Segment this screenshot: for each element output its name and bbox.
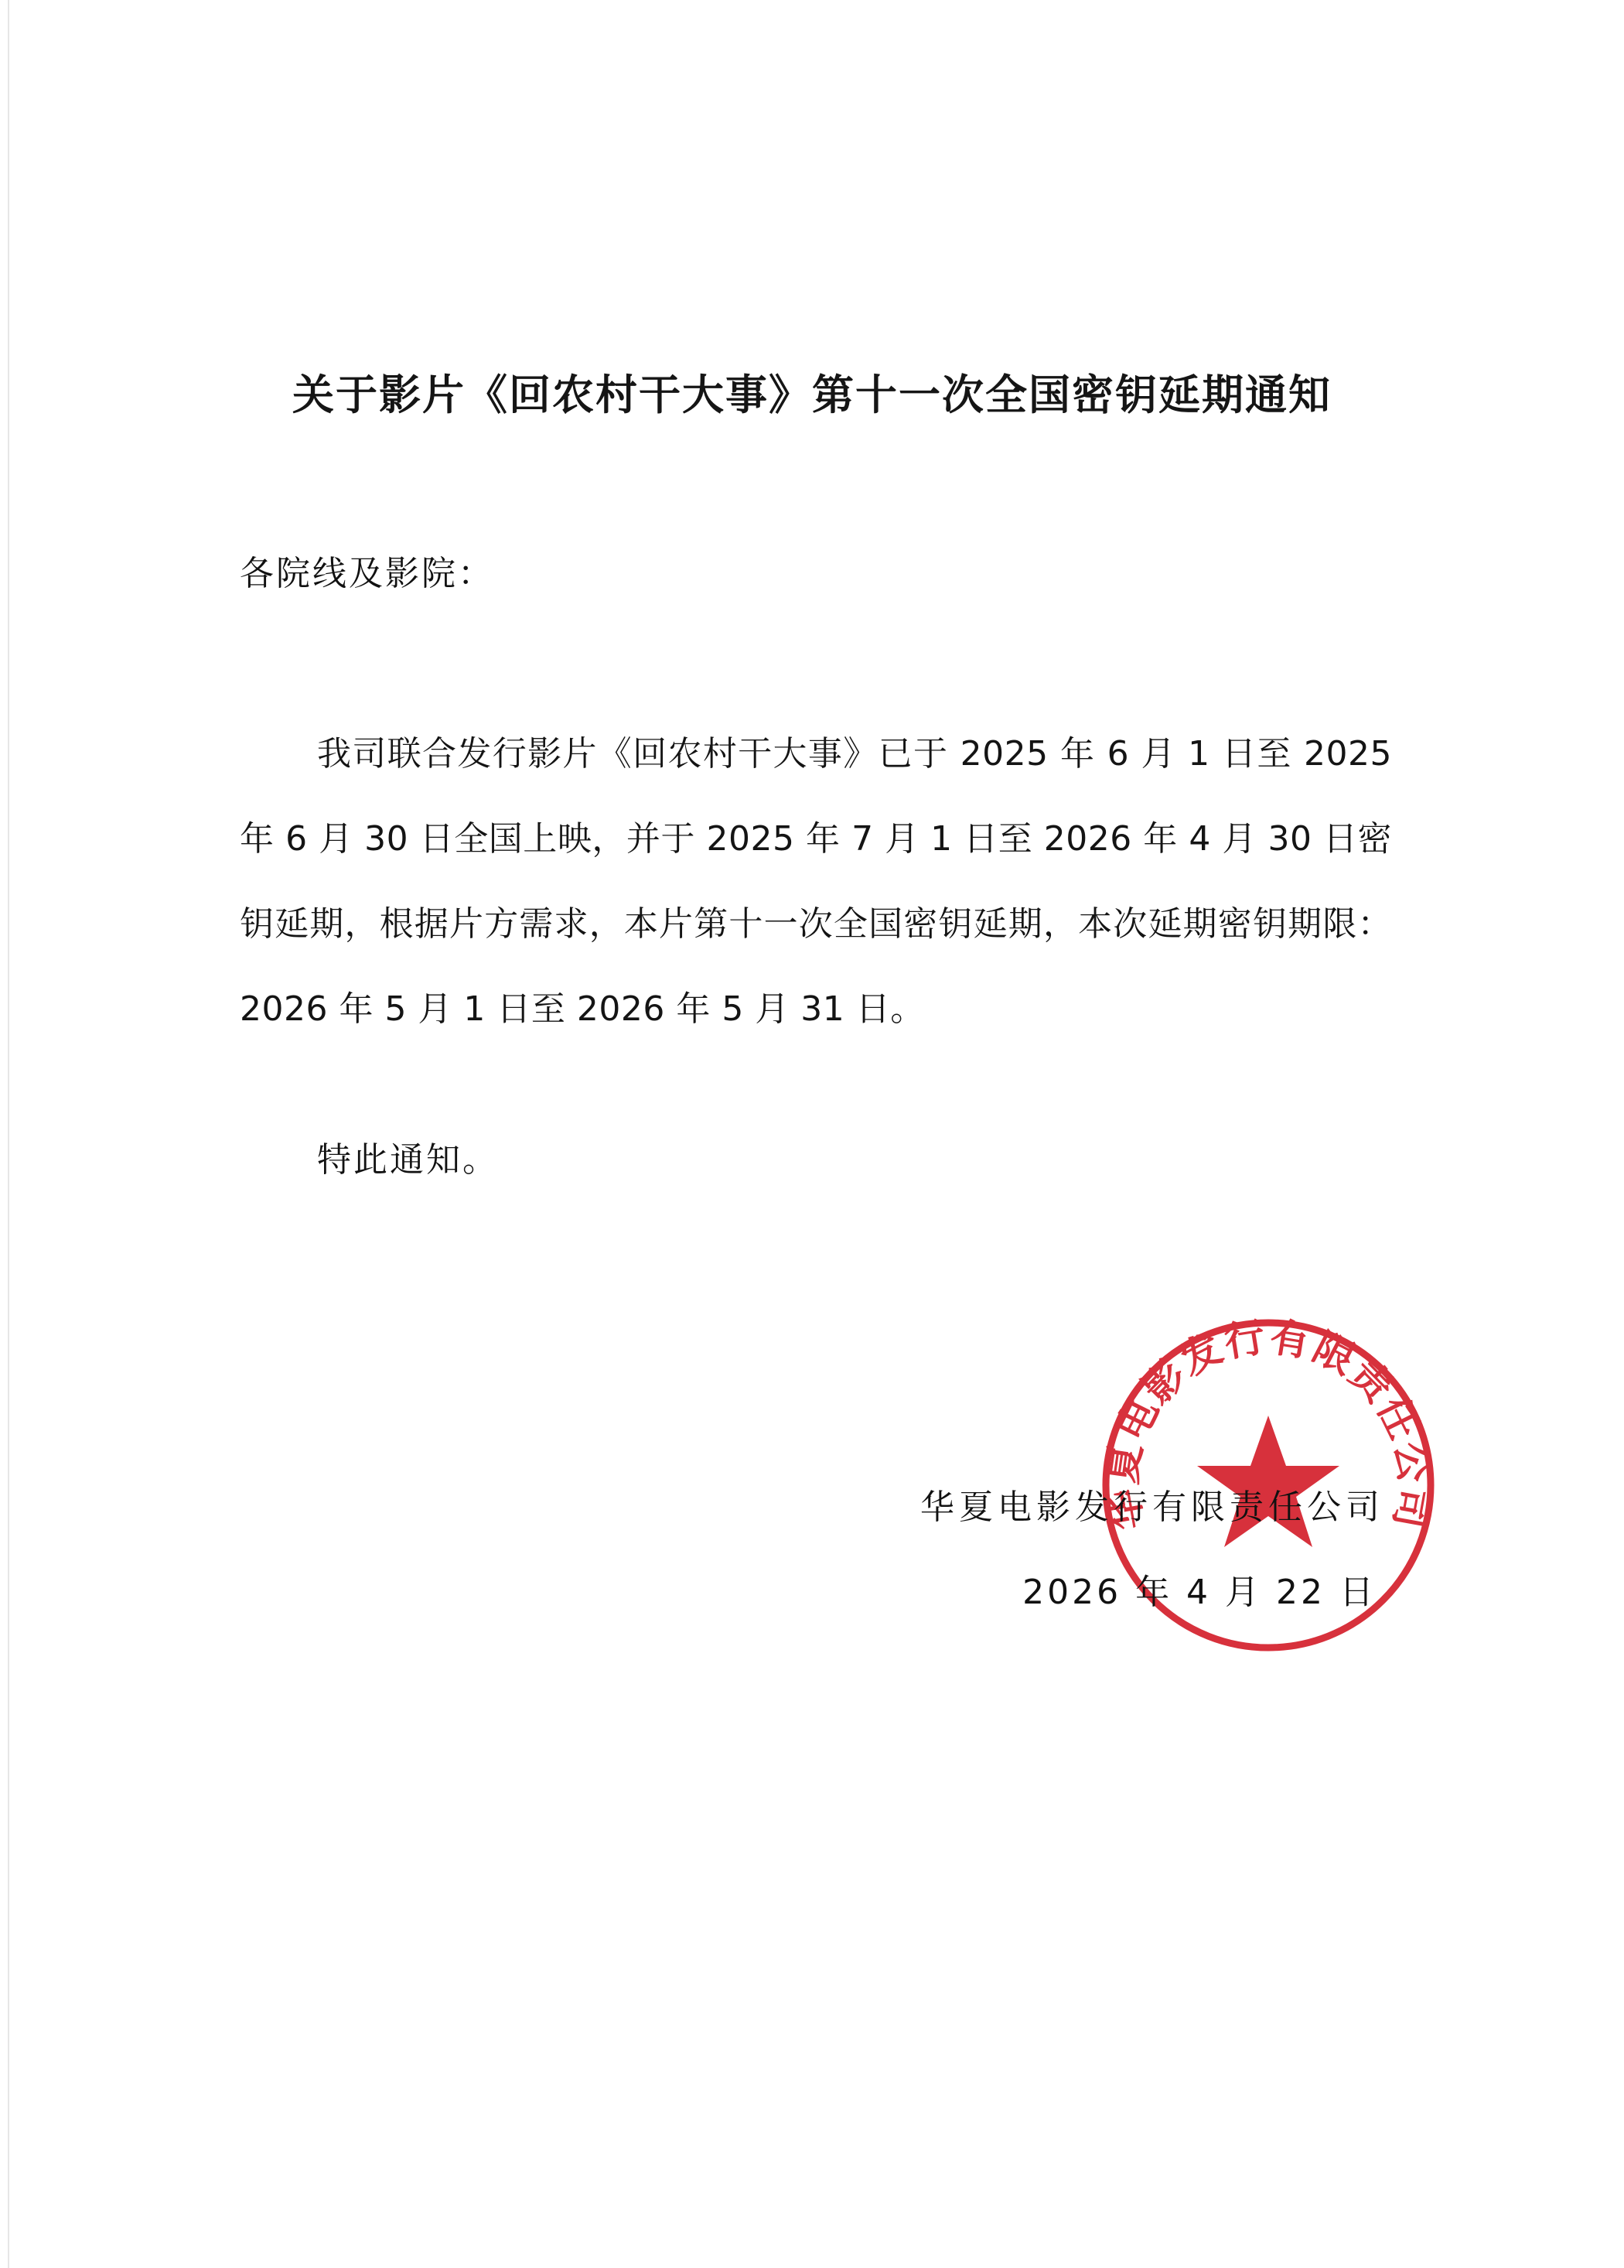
closing-remark: 特此通知。 (317, 1132, 499, 1181)
signature-company: 华夏电影发行有限责任公司 (920, 1479, 1384, 1529)
document-title: 关于影片《回农村干大事》第十一次全国密钥延期通知 (0, 362, 1624, 422)
body-paragraph: 我司联合发行影片《回农村干大事》已于 2025 年 6 月 1 日至 2025 … (240, 712, 1392, 1052)
scan-edge (8, 0, 9, 2268)
signature-date: 2026 年 4 月 22 日 (1022, 1564, 1377, 1614)
salutation: 各院线及影院： (240, 545, 494, 595)
